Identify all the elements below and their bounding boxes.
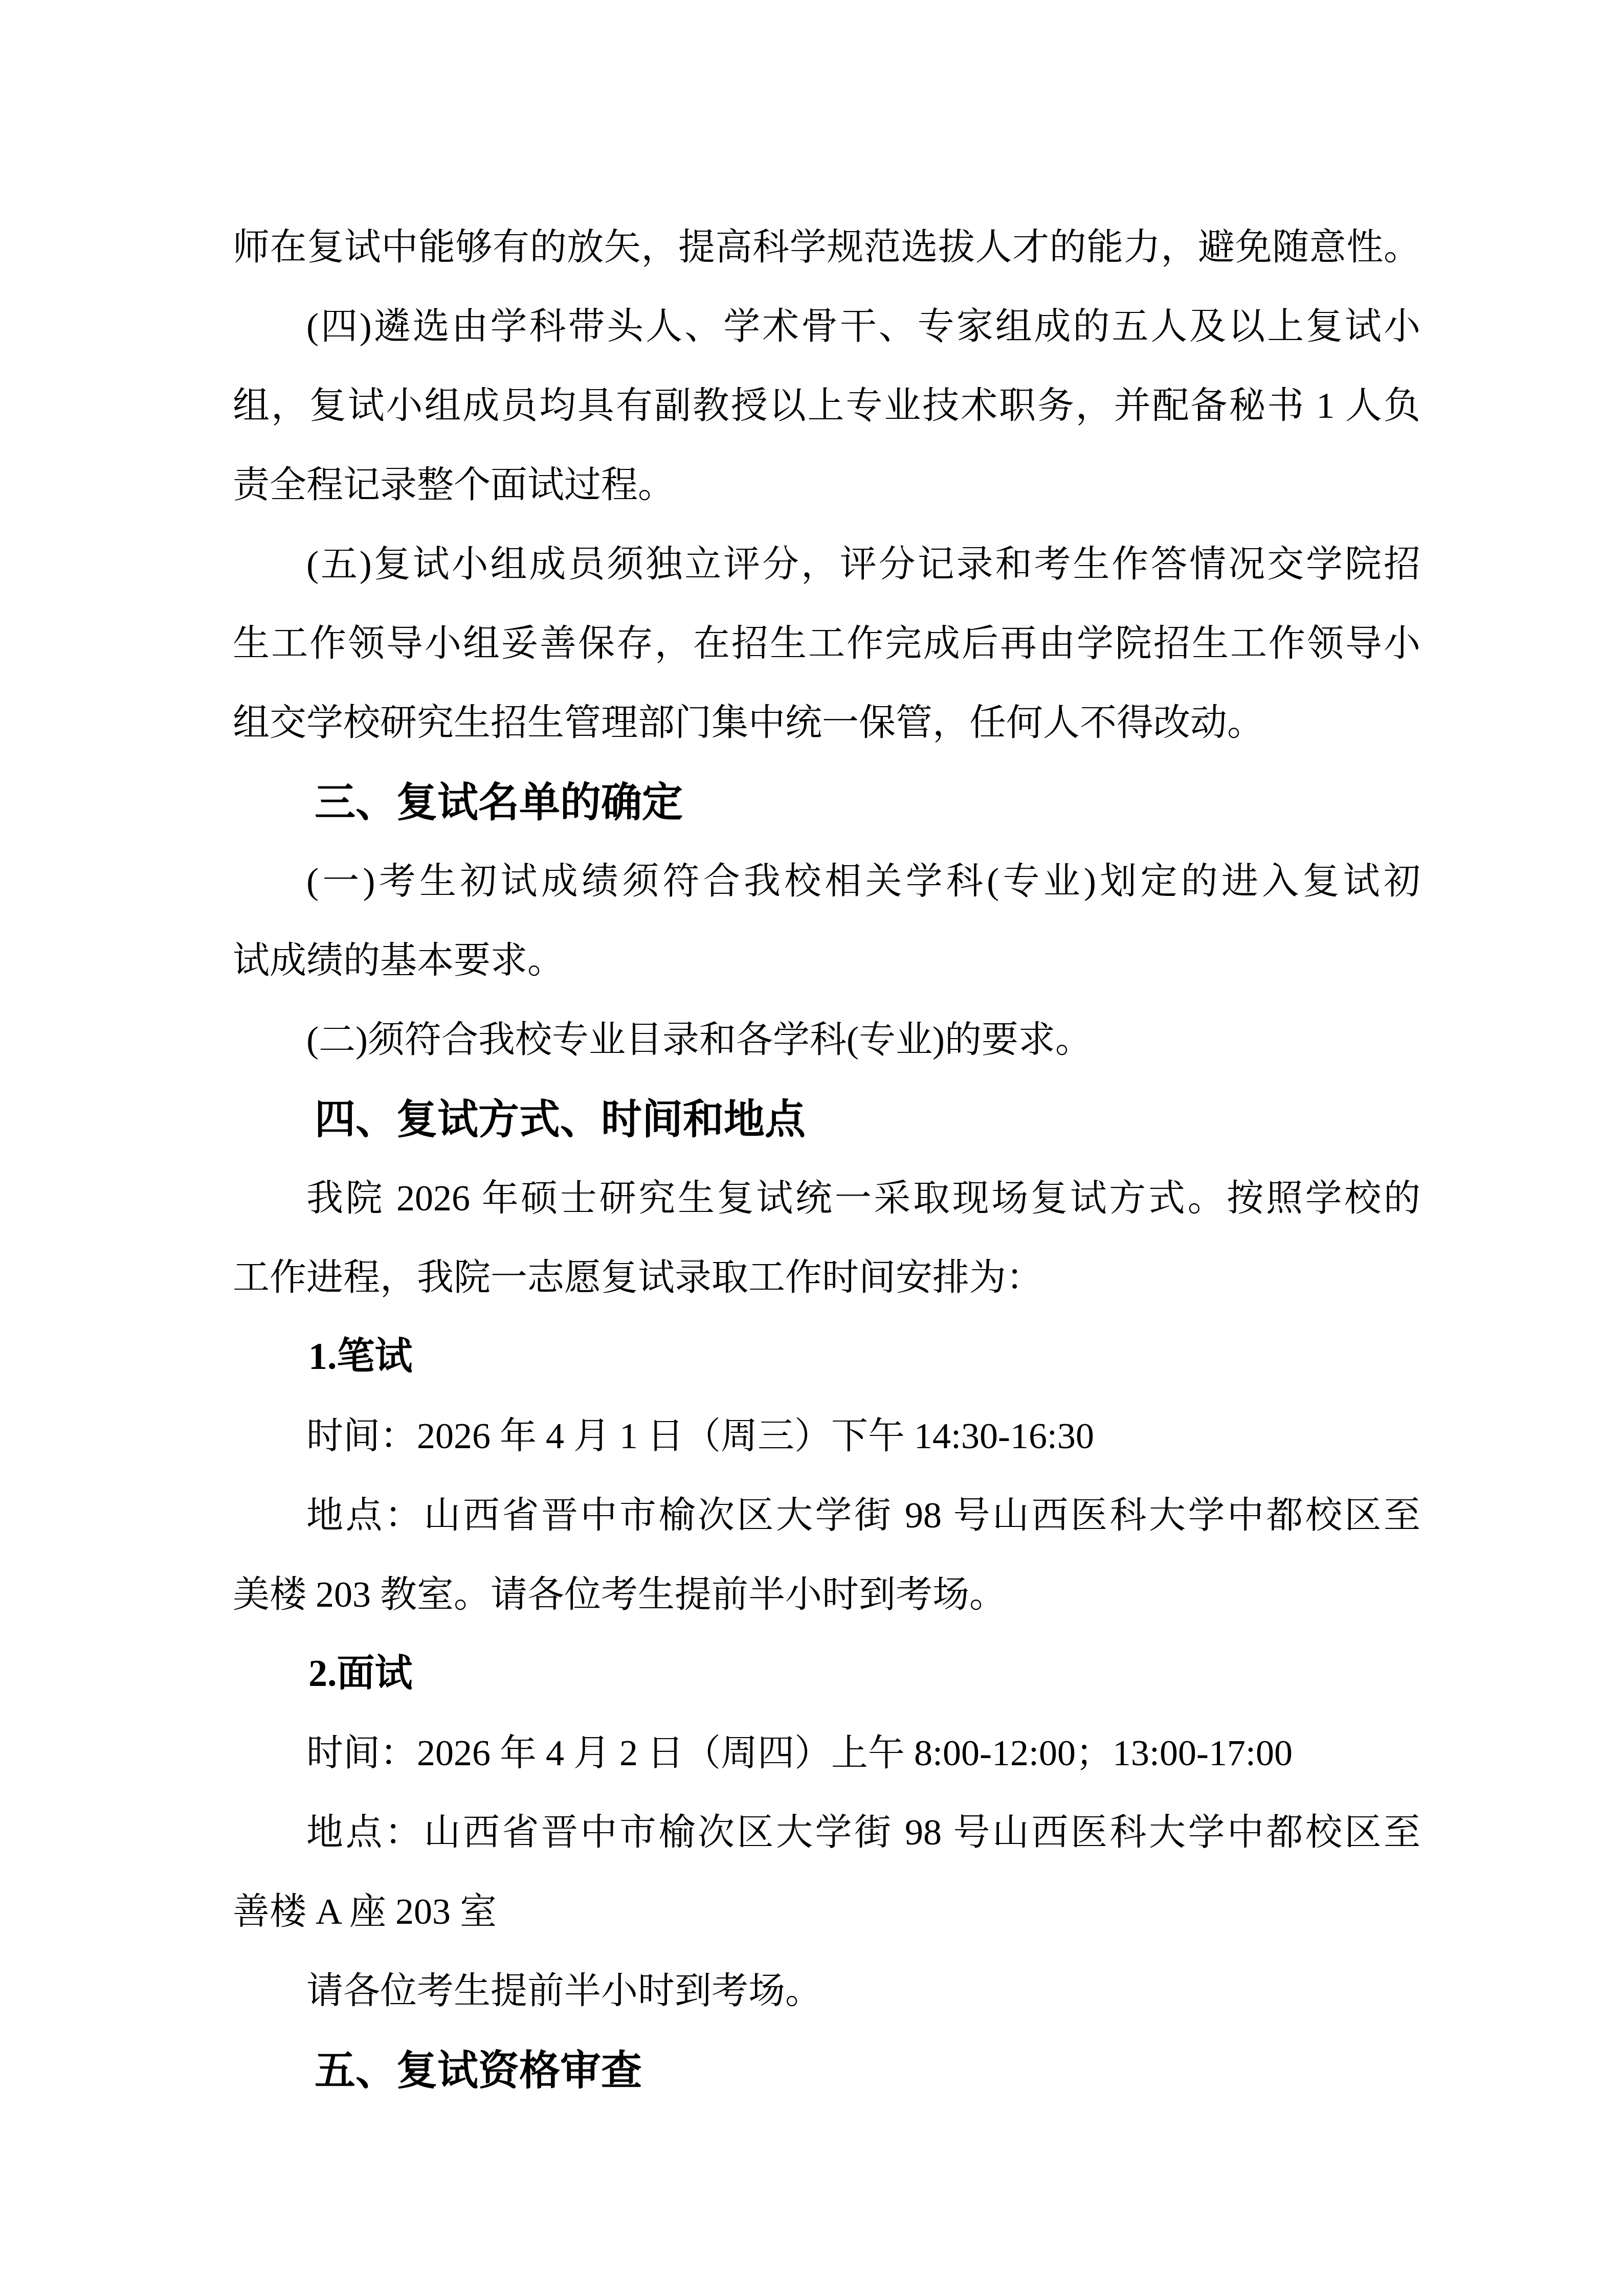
interview-time-line: 时间：2026 年 4 月 2 日（周四）上午 8:00-12:00；13:00… bbox=[233, 1714, 1420, 1793]
paragraph-continuation-line: 试成绩的基本要求。 bbox=[233, 921, 1420, 1000]
subheading-interview: 2.面试 bbox=[233, 1634, 1420, 1714]
paragraph-line: 我院 2026 年硕士研究生复试统一采取现场复试方式。按照学校的 bbox=[233, 1159, 1420, 1238]
paragraph-continuation-line: 组，复试小组成员均具有副教授以上专业技术职务，并配备秘书 1 人负 bbox=[233, 366, 1420, 445]
heading-section-4: 四、复试方式、时间和地点 bbox=[233, 1079, 1420, 1159]
subheading-written-test: 1.笔试 bbox=[233, 1317, 1420, 1397]
written-test-location-line: 地点：山西省晋中市榆次区大学街 98 号山西医科大学中都校区至 bbox=[233, 1476, 1420, 1555]
paragraph-line-item-5: (五)复试小组成员须独立评分，评分记录和考生作答情况交学院招 bbox=[233, 525, 1420, 604]
document-page: 师在复试中能够有的放矢，提高科学规范选拔人才的能力，避免随意性。 (四)遴选由学… bbox=[0, 0, 1624, 2296]
heading-section-5: 五、复试资格审查 bbox=[233, 2031, 1420, 2110]
document-body: 师在复试中能够有的放矢，提高科学规范选拔人才的能力，避免随意性。 (四)遴选由学… bbox=[233, 208, 1420, 2110]
paragraph-continuation-line: 师在复试中能够有的放矢，提高科学规范选拔人才的能力，避免随意性。 bbox=[233, 208, 1420, 287]
paragraph-continuation-line: 责全程记录整个面试过程。 bbox=[233, 445, 1420, 525]
paragraph-line-item-2: (二)须符合我校专业目录和各学科(专业)的要求。 bbox=[233, 1000, 1420, 1079]
paragraph-line-item-4: (四)遴选由学科带头人、学术骨干、专家组成的五人及以上复试小 bbox=[233, 287, 1420, 366]
paragraph-continuation-line: 工作进程，我院一志愿复试录取工作时间安排为： bbox=[233, 1238, 1420, 1317]
arrive-early-note-line: 请各位考生提前半小时到考场。 bbox=[233, 1951, 1420, 2031]
paragraph-continuation-line: 善楼 A 座 203 室 bbox=[233, 1872, 1420, 1951]
interview-location-line: 地点：山西省晋中市榆次区大学街 98 号山西医科大学中都校区至 bbox=[233, 1793, 1420, 1872]
paragraph-continuation-line: 美楼 203 教室。请各位考生提前半小时到考场。 bbox=[233, 1555, 1420, 1634]
heading-section-3: 三、复试名单的确定 bbox=[233, 762, 1420, 842]
written-test-time-line: 时间：2026 年 4 月 1 日（周三）下午 14:30-16:30 bbox=[233, 1397, 1420, 1476]
paragraph-continuation-line: 组交学校研究生招生管理部门集中统一保管，任何人不得改动。 bbox=[233, 683, 1420, 762]
paragraph-continuation-line: 生工作领导小组妥善保存，在招生工作完成后再由学院招生工作领导小 bbox=[233, 604, 1420, 683]
paragraph-line-item-1: (一)考生初试成绩须符合我校相关学科(专业)划定的进入复试初 bbox=[233, 842, 1420, 921]
